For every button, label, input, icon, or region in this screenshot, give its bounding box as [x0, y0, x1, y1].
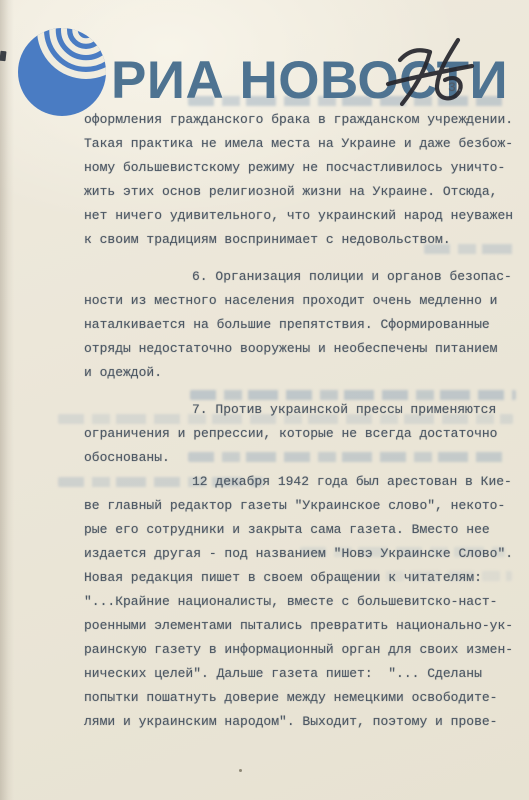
typed-line: издается другая - под названием "Новэ Ук… [84, 542, 529, 566]
typed-line: нических целей". Дальше газета пишет: ".… [84, 662, 529, 686]
typed-line: 6. Организация полиции и органов безопас… [84, 265, 529, 289]
typed-line: и одеждой. [84, 361, 529, 385]
typed-document: оформления гражданского брака в гражданс… [84, 108, 529, 734]
paper-speck [418, 345, 420, 347]
ria-globe-icon [16, 26, 108, 118]
typed-line: попытки пошатнуть доверие между немецким… [84, 686, 529, 710]
typed-line: ности из местного населения проходит оче… [84, 289, 529, 313]
typed-line: рые его сотрудники и закрыта сама газета… [84, 518, 529, 542]
typed-line: к своим традициям воспринимает с недовол… [84, 228, 529, 252]
typed-line: ному большевистскому режиму не посчастли… [84, 156, 529, 180]
typed-line: "...Крайние националисты, вместе с больш… [84, 590, 529, 614]
typed-paragraph: оформления гражданского брака в гражданс… [84, 108, 529, 252]
typed-line: наталкивается на большие препятствия. Сф… [84, 313, 529, 337]
paper-speck [466, 118, 468, 120]
typed-line: 7. Против украинской прессы применяются [84, 398, 529, 422]
typed-paragraph: 12 декабря 1942 года был арестован в Кие… [84, 470, 529, 734]
typed-line: 12 декабря 1942 года был арестован в Кие… [84, 470, 529, 494]
typed-line: лями и украинским народом". Выходит, поэ… [84, 710, 529, 734]
typed-paragraph: 7. Против украинской прессы применяютсяо… [84, 398, 529, 470]
paper-speck [239, 769, 242, 772]
typed-line: Такая практика не имела места на Украине… [84, 132, 529, 156]
typed-line: ограничения и репрессии, которые не всег… [84, 422, 529, 446]
typed-line: жить этих основ религиозной жизни на Укр… [84, 180, 529, 204]
typed-line: раинскую газету в информационный орган д… [84, 638, 529, 662]
typed-line: нет ничего удивительного, что украинский… [84, 204, 529, 228]
typed-line: ве главный редактор газеты "Украинское с… [84, 494, 529, 518]
typed-line: роенными элементами пытались превратить … [84, 614, 529, 638]
page-number: 3. [448, 80, 464, 95]
scanned-document-page: РИА НОВОСТИ 3. оформления гражданского б… [0, 0, 529, 800]
typed-line: оформления гражданского брака в гражданс… [84, 108, 529, 132]
handwritten-number [380, 28, 490, 113]
typed-paragraph: 6. Организация полиции и органов безопас… [84, 265, 529, 385]
typed-line: отряды недостаточно вооружены и необеспе… [84, 337, 529, 361]
typed-line: Новая редакция пишет в своем обращении к… [84, 566, 529, 590]
typed-line: обоснованы. [84, 446, 529, 470]
